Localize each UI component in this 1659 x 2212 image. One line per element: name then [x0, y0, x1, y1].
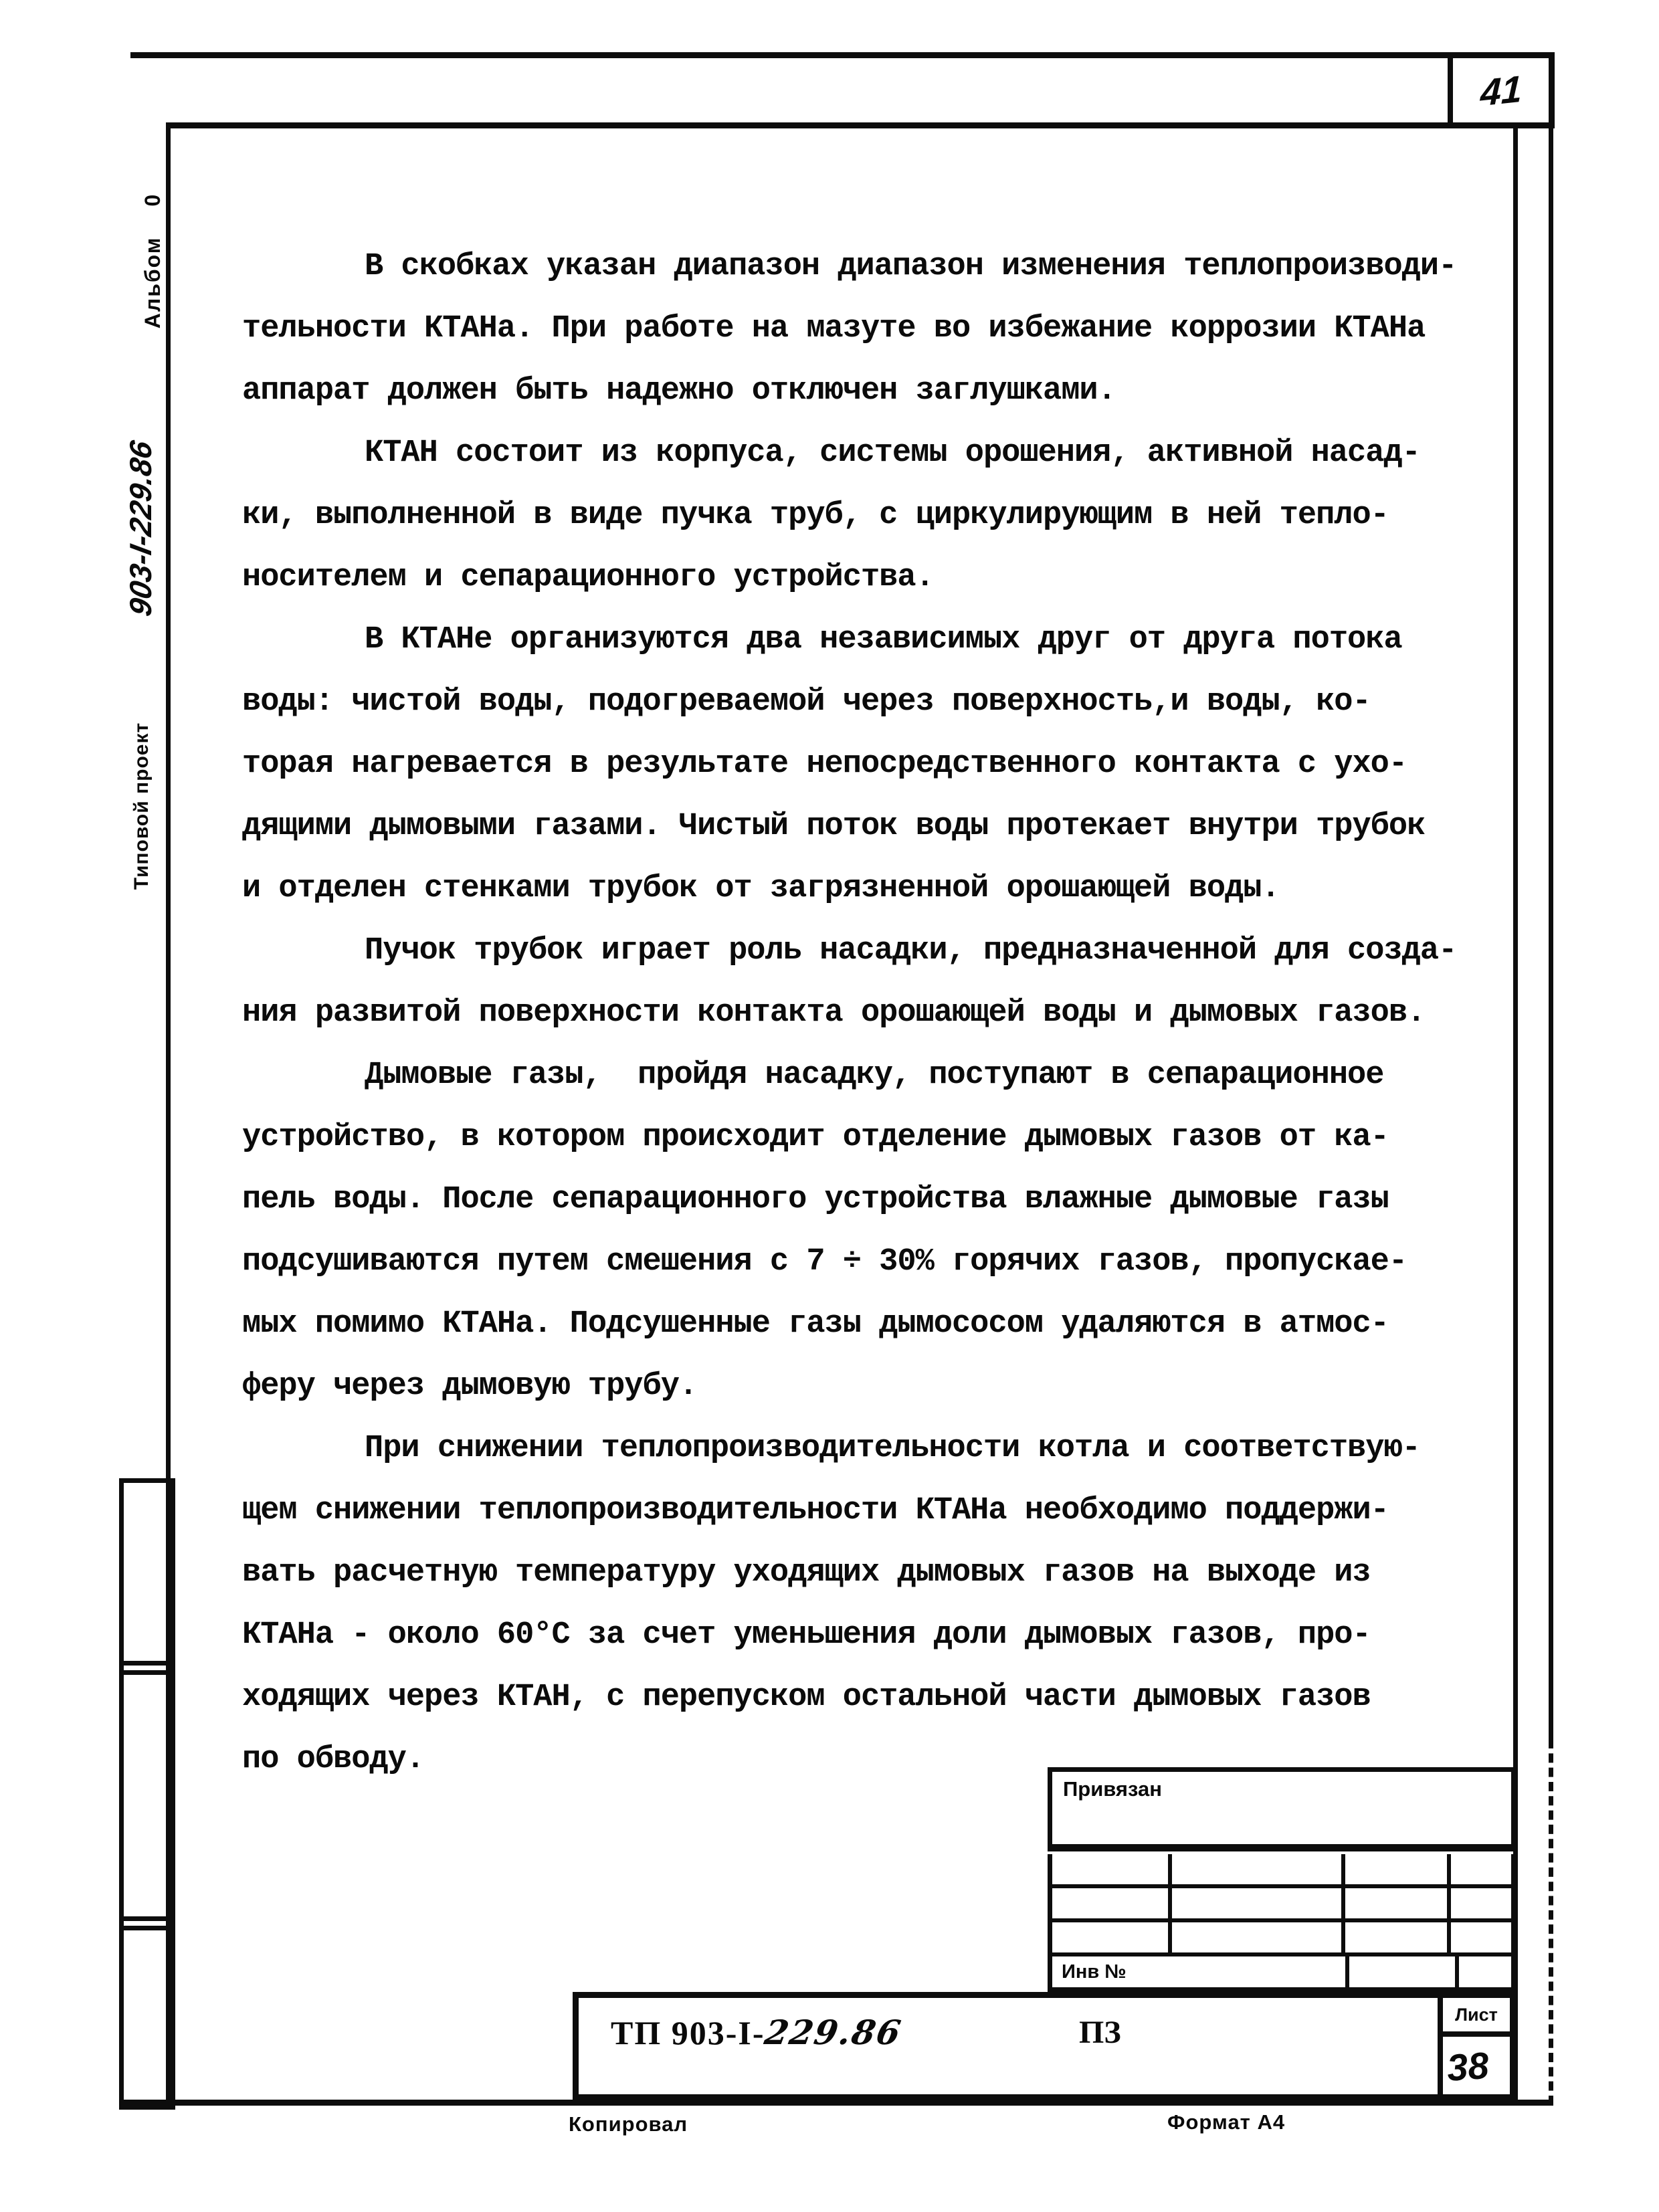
- left-stamp-box-1: [119, 1478, 175, 1675]
- sheet-number: 38: [1441, 2035, 1512, 2097]
- text-line: мых помимо КТАНа. Подсушенные газы дымос…: [242, 1293, 1478, 1355]
- outer-right-border-solid: [1549, 52, 1553, 1739]
- text-line: КТАН состоит из корпуса, системы орошени…: [242, 422, 1478, 484]
- margin-project-code: 903-I-229.86: [122, 388, 159, 669]
- grid-cell: [1052, 1854, 1172, 1888]
- page-number-box: 41: [1448, 52, 1555, 128]
- page-number: 41: [1480, 66, 1523, 114]
- text-line: вать расчетную температуру уходящих дымо…: [242, 1542, 1478, 1604]
- margin-album-caption: Альбом 0: [139, 174, 166, 348]
- text-line: ки, выполненной в виде пучка труб, с цир…: [242, 484, 1478, 546]
- text-line: Дымовые газы, пройдя насадку, поступают …: [242, 1044, 1478, 1106]
- text-line: устройство, в котором происходит отделен…: [242, 1106, 1478, 1169]
- grid-cell: [1345, 1888, 1451, 1922]
- grid-cell: [1345, 1922, 1451, 1956]
- grid-cell: [1052, 1888, 1172, 1922]
- grid-cell: [1451, 1888, 1511, 1922]
- text-line: торая нагревается в результате непосредс…: [242, 733, 1478, 795]
- title-block-attached-box: Привязан: [1048, 1767, 1516, 1851]
- left-stamp-box-2: [119, 1661, 175, 1930]
- outer-top-border: [130, 52, 1553, 58]
- title-block-main-row: ТП 903-I-229.86 ПЗ Лист 38: [573, 1992, 1516, 2100]
- frame-bottom-border: [119, 2100, 1553, 2106]
- text-line: щем снижении теплопроизводительности КТА…: [242, 1480, 1478, 1542]
- scanned-document-page: 41 Альбом 0 903-I-229.86 Типовой проект …: [0, 0, 1659, 2212]
- text-line: пель воды. После сепарационного устройст…: [242, 1169, 1478, 1231]
- text-line: ходящих через КТАН, с перепуском остальн…: [242, 1666, 1478, 1728]
- text-line: В КТАНе организуются два независимых дру…: [242, 609, 1478, 671]
- document-code-suffix: 229.86: [761, 2013, 904, 2052]
- text-line: ния развитой поверхности контакта орошаю…: [242, 982, 1478, 1044]
- frame-top-border: [166, 122, 1553, 128]
- typewritten-text: В скобках указан диапазон диапазон измен…: [242, 235, 1478, 1791]
- inventory-cell: [1459, 1956, 1511, 1987]
- text-line: и отделен стенками трубок от загрязненно…: [242, 858, 1478, 920]
- grid-cell: [1172, 1854, 1345, 1888]
- inventory-cell: [1345, 1956, 1459, 1987]
- text-line: КТАНа - около 60°С за счет уменьшения до…: [242, 1604, 1478, 1666]
- text-line: подсушиваются путем смешения с 7 ÷ 30% г…: [242, 1231, 1478, 1293]
- document-code-prefix: ТП 903-I-: [611, 2014, 765, 2051]
- grid-cell: [1172, 1888, 1345, 1922]
- grid-cell: [1451, 1922, 1511, 1956]
- margin-project-type: Типовой проект: [130, 682, 154, 930]
- outer-right-border-dashed: [1549, 1739, 1553, 2105]
- text-line: аппарат должен быть надежно отключен заг…: [242, 360, 1478, 422]
- inventory-label: Инв №: [1052, 1961, 1345, 1983]
- grid-cell: [1451, 1854, 1511, 1888]
- grid-cell: [1345, 1854, 1451, 1888]
- text-line: Пучок трубок играет роль насадки, предна…: [242, 920, 1478, 982]
- text-line: носителем и сепарационного устройства.: [242, 546, 1478, 609]
- text-line: воды: чистой воды, подогреваемой через п…: [242, 671, 1478, 733]
- text-line: феру через дымовую трубу.: [242, 1355, 1478, 1417]
- text-line: В скобках указан диапазон диапазон измен…: [242, 235, 1478, 298]
- attached-label: Привязан: [1063, 1777, 1162, 1801]
- text-line: При снижении теплопроизводительности кот…: [242, 1417, 1478, 1480]
- format-label: Формат А4: [1167, 2110, 1285, 2134]
- text-line: дящими дымовыми газами. Чистый поток вод…: [242, 795, 1478, 858]
- document-code: ТП 903-I-229.86: [611, 2013, 901, 2052]
- sheet-label: Лист: [1443, 1998, 1510, 2037]
- sheet-column: Лист 38: [1438, 1998, 1510, 2094]
- title-block-grid: [1048, 1854, 1516, 1956]
- copied-label: Копировал: [569, 2112, 688, 2136]
- grid-cell: [1172, 1922, 1345, 1956]
- left-stamp-box-3: [119, 1916, 175, 2110]
- document-type: ПЗ: [1079, 2014, 1121, 2051]
- grid-cell: [1052, 1922, 1172, 1956]
- text-line: тельности КТАНа. При работе на мазуте во…: [242, 298, 1478, 360]
- title-block-inventory-row: Инв №: [1048, 1956, 1516, 1992]
